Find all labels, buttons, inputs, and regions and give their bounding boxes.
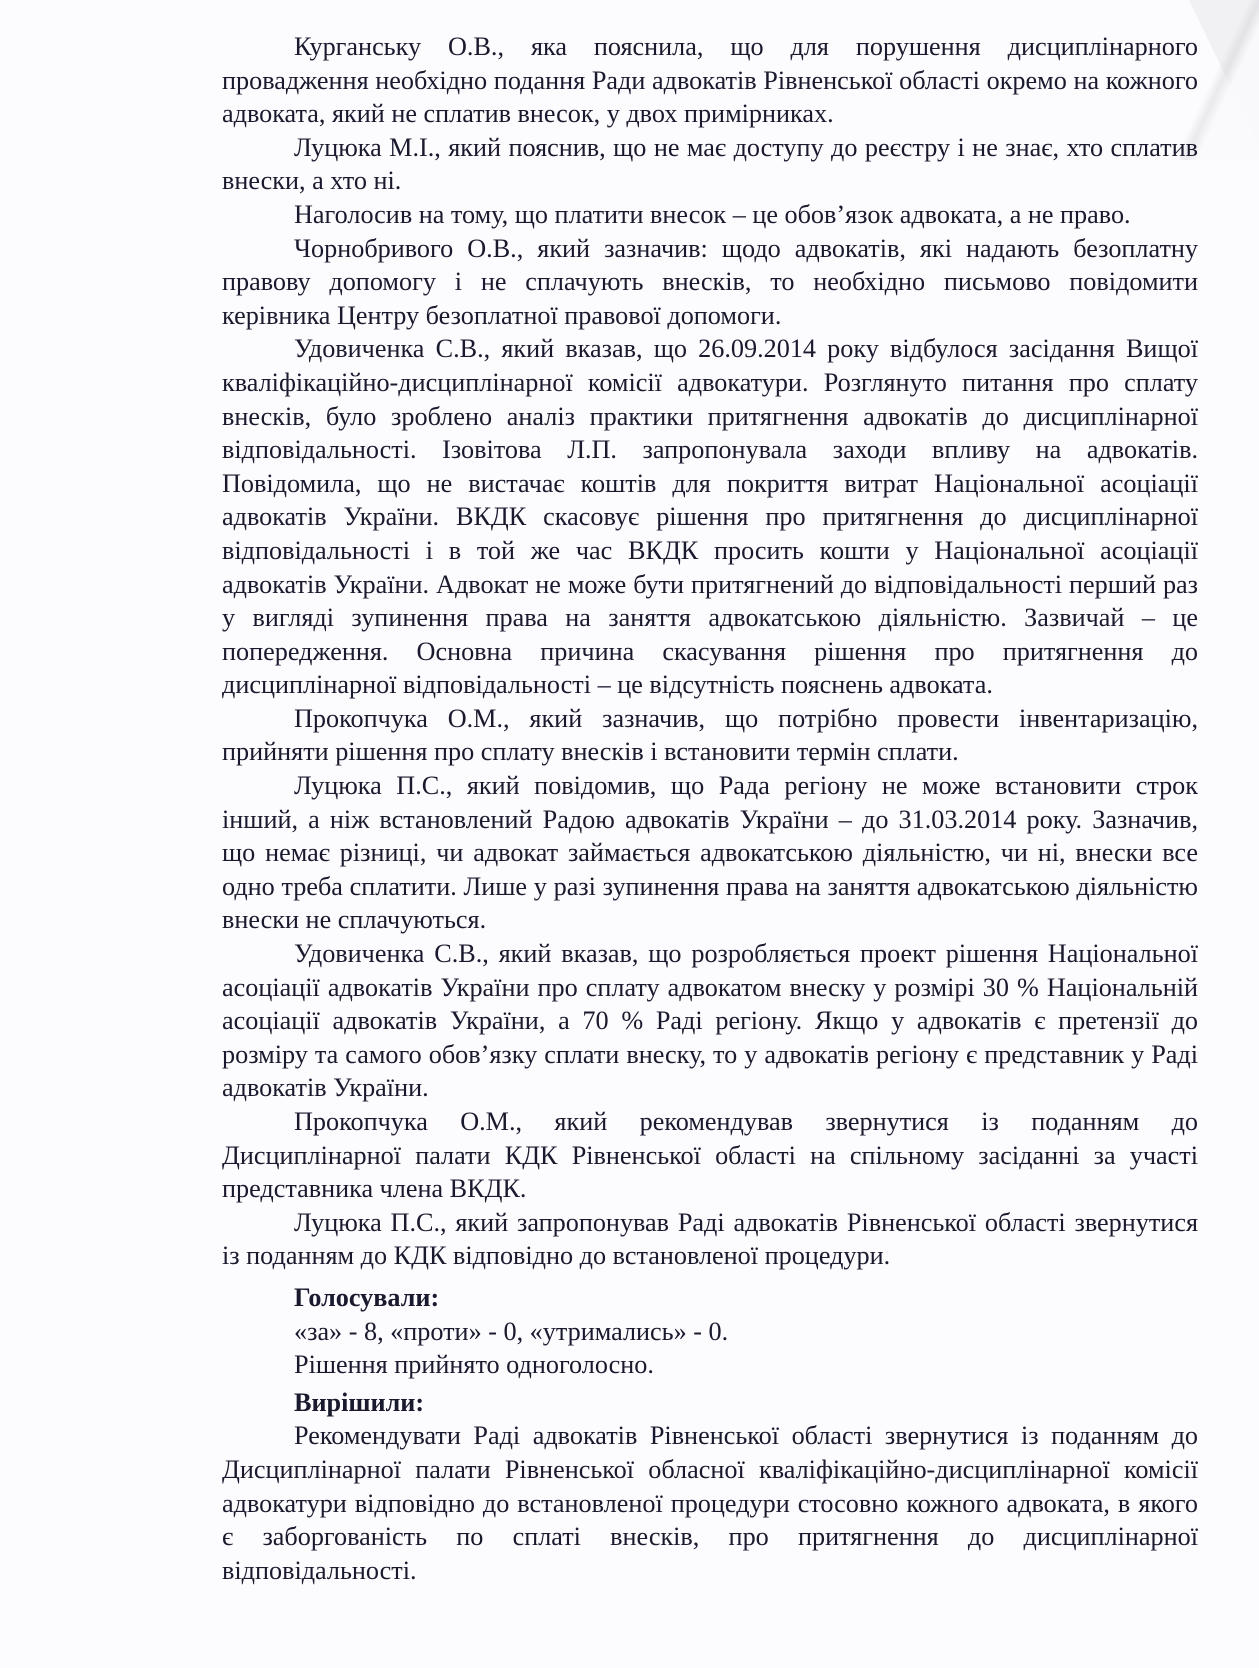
paragraph-kurhanska: Курганську О.В., яка пояснила, що для по… [222,30,1198,131]
paragraph-emphasis: Наголосив на тому, що платити внесок – ц… [222,198,1198,232]
paragraph-prokopchuk-2: Прокопчука О.М., який рекомендував зверн… [222,1105,1198,1206]
paragraph-prokopchuk-1: Прокопчука О.М., який зазначив, що потрі… [222,702,1198,769]
decision-text: Рекомендувати Раді адвокатів Рівненської… [222,1419,1198,1587]
paragraph-udovychenko-1: Удовиченка С.В., який вказав, що 26.09.2… [222,332,1198,702]
folded-corner [1189,0,1259,145]
paragraph-lutsiuk-mi: Луцюка М.І., який пояснив, що не має дос… [222,131,1198,198]
scanned-page: Курганську О.В., яка пояснила, що для по… [0,0,1259,1668]
paragraph-udovychenko-2: Удовиченка С.В., який вказав, що розробл… [222,937,1198,1105]
paragraph-chornobryvyi: Чорнобривого О.В., який зазначив: щодо а… [222,232,1198,333]
voting-heading: Голосували: [222,1281,1198,1315]
paragraph-lutsiuk-ps-1: Луцюка П.С., який повідомив, що Рада рег… [222,769,1198,937]
paragraph-lutsiuk-ps-2: Луцюка П.С., який запропонував Раді адво… [222,1206,1198,1273]
decision-heading: Вирішили: [222,1386,1198,1420]
voting-summary: Рішення прийнято одноголосно. [222,1348,1198,1382]
document-body: Курганську О.В., яка пояснила, що для по… [222,30,1198,1587]
voting-result: «за» - 8, «проти» - 0, «утримались» - 0. [222,1315,1198,1349]
